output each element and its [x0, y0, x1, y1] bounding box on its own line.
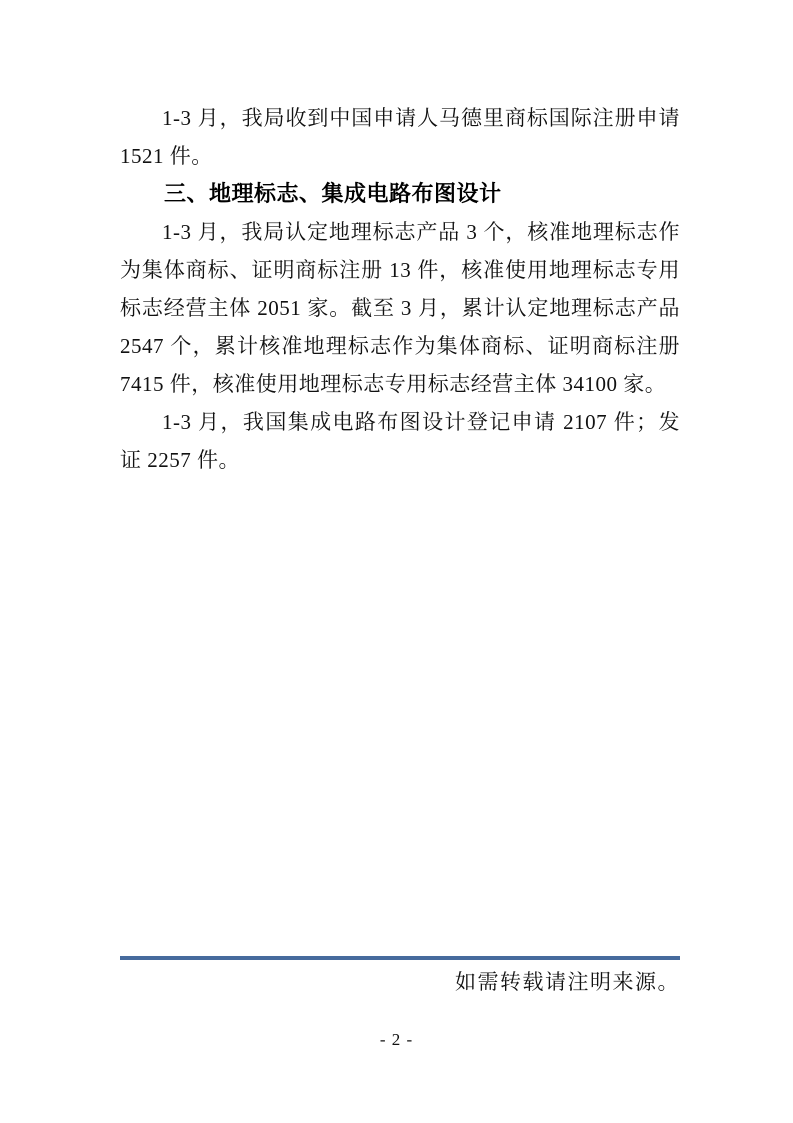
page-number: - 2 -	[0, 1028, 793, 1052]
document-body: 1-3 月，我局收到中国申请人马德里商标国际注册申请 1521 件。 三、地理标…	[120, 99, 680, 479]
document-page: 1-3 月，我局收到中国申请人马德里商标国际注册申请 1521 件。 三、地理标…	[0, 0, 793, 1123]
paragraph-geographical-indications: 1-3 月，我局认定地理标志产品 3 个，核准地理标志作为集体商标、证明商标注册…	[120, 213, 680, 403]
footer-reprint-note: 如需转载请注明来源。	[120, 963, 680, 1001]
paragraph-madrid-trademark: 1-3 月，我局收到中国申请人马德里商标国际注册申请 1521 件。	[120, 99, 680, 175]
footer-divider-rule	[120, 956, 680, 960]
paragraph-ic-layout-design: 1-3 月，我国集成电路布图设计登记申请 2107 件；发证 2257 件。	[120, 403, 680, 479]
section-heading-gi-ic-layout: 三、地理标志、集成电路布图设计	[120, 175, 680, 213]
